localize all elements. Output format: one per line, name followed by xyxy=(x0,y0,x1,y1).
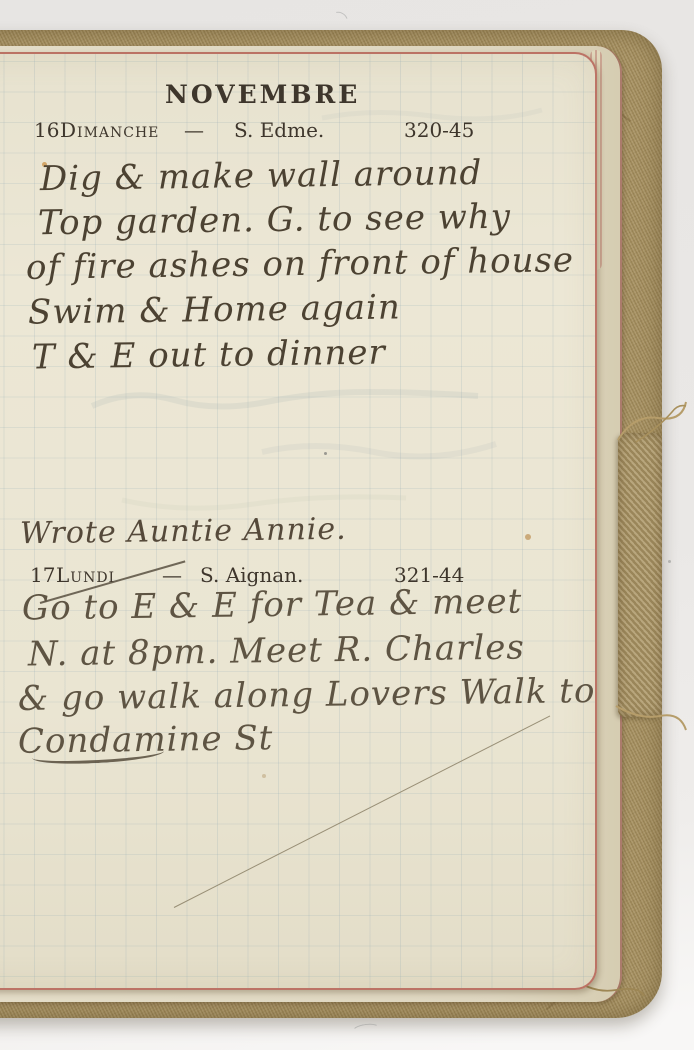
dust-fiber xyxy=(351,1022,380,1038)
month-header: NOVEMBRE xyxy=(165,80,360,109)
dust-speck xyxy=(668,560,671,563)
frayed-threads xyxy=(596,386,692,446)
handwriting-line: T & E out to dinner xyxy=(32,333,386,378)
saint-name: S. Aignan. xyxy=(200,563,303,587)
foxing-spot xyxy=(525,534,531,540)
saint-name: S. Edme. xyxy=(234,118,324,142)
day-count: 320-45 xyxy=(404,118,474,142)
dash: — xyxy=(184,118,204,142)
handwriting-line: & go walk along Lovers Walk to xyxy=(18,671,596,719)
fabric-strap xyxy=(618,433,662,717)
day-name: Dimanche xyxy=(60,118,159,142)
handwriting-line: Swim & Home again xyxy=(28,287,401,332)
handwriting-line: Top garden. G. to see why xyxy=(38,197,511,244)
dust-fiber xyxy=(327,9,351,32)
handwriting-line: Dig & make wall around xyxy=(40,153,483,199)
day-number: 16 xyxy=(34,118,59,142)
dust-speck xyxy=(324,452,327,455)
handwriting-line: of fire ashes on front of house xyxy=(26,240,575,288)
frayed-threads xyxy=(600,700,690,750)
day-number: 17 xyxy=(30,563,55,587)
diary-photograph: NOVEMBRE 16 Dimanche — S. Edme. 320-45 D… xyxy=(0,0,694,1050)
foxing-spot xyxy=(262,774,266,778)
handwriting-line: Go to E & E for Tea & meet xyxy=(22,582,523,629)
date-line-16: 16 Dimanche — S. Edme. 320-45 xyxy=(0,118,595,146)
handwriting-line: N. at 8pm. Meet R. Charles xyxy=(28,628,525,675)
handwriting-line: Wrote Auntie Annie. xyxy=(20,512,347,552)
diary-page: NOVEMBRE 16 Dimanche — S. Edme. 320-45 D… xyxy=(0,52,597,990)
